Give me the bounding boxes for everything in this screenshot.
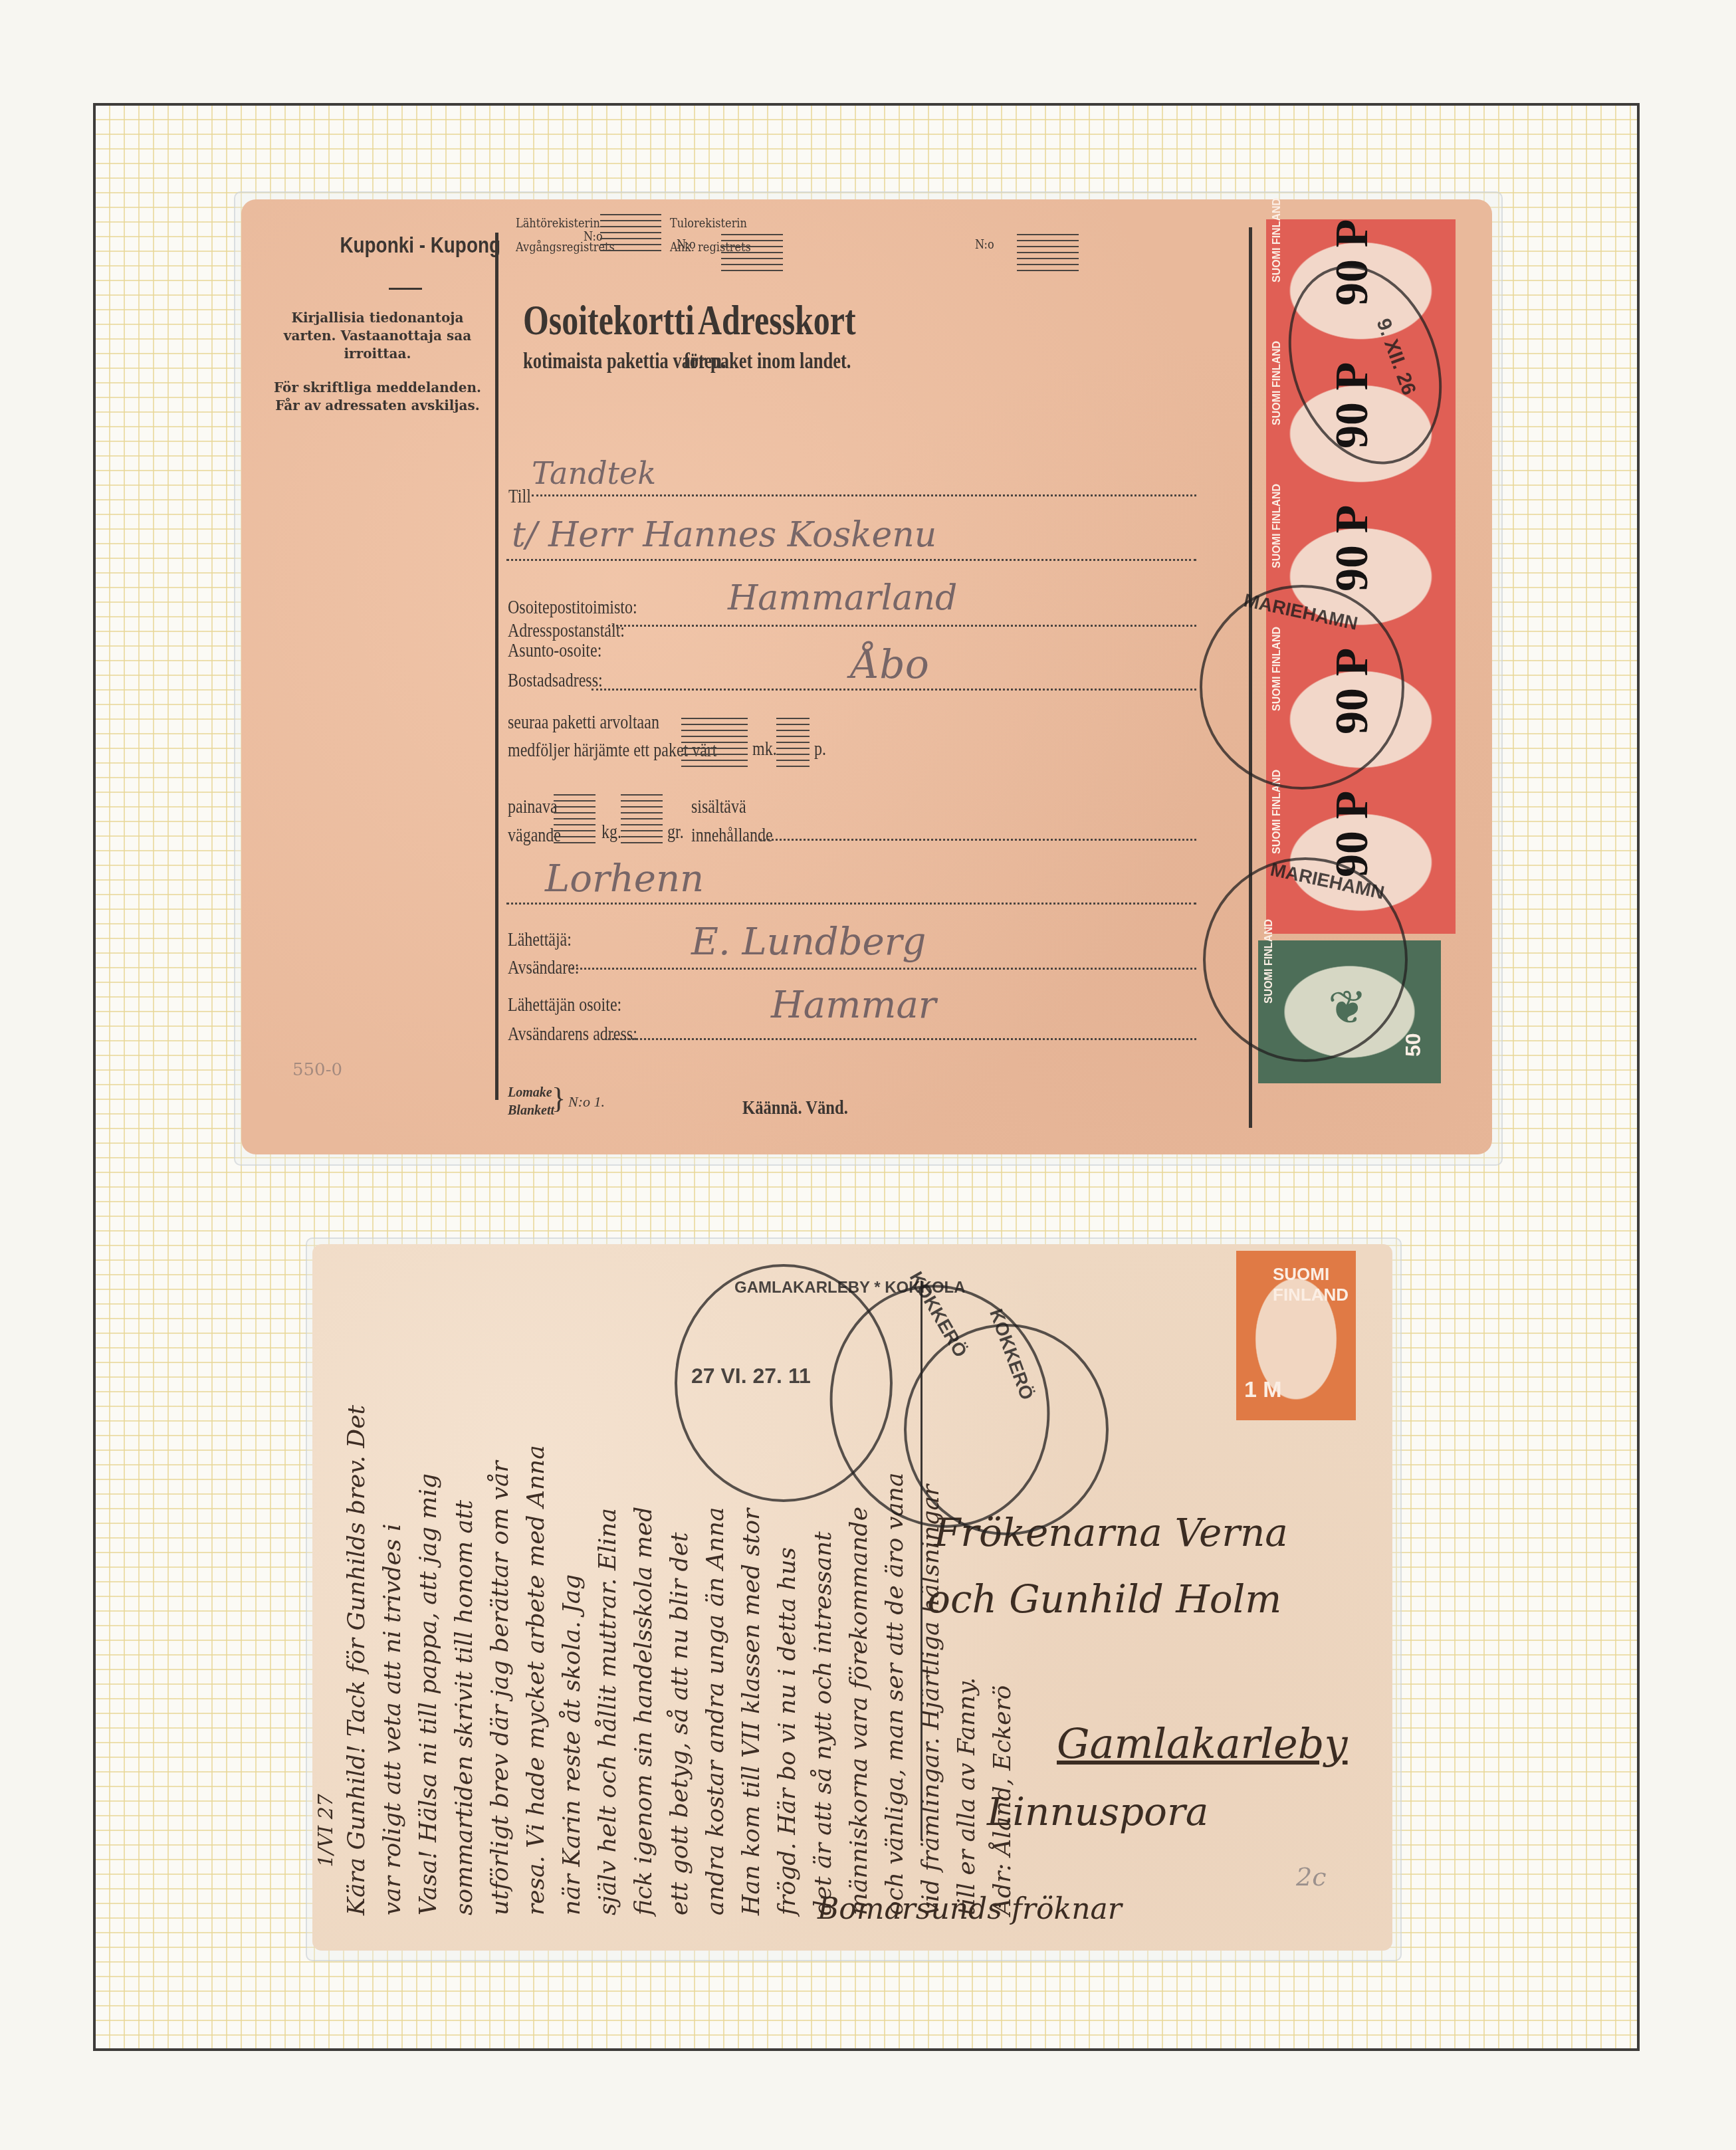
coupon-text-fi: Kirjallisia tiedonantoja varten. Vastaan… — [268, 309, 487, 363]
home-address-line[interactable] — [592, 689, 1196, 691]
form-number: N:o 1. — [568, 1093, 605, 1111]
stamp-1m-orange: SUOMI FINLAND 1 M — [1236, 1251, 1356, 1420]
letter-line: fick igenom sin handelsskola med — [626, 1277, 662, 1915]
address-line-2: och Gunhild Holm — [927, 1576, 1281, 1622]
p-label: p. — [814, 736, 826, 762]
address-line-3: Gamlakarleby — [1057, 1719, 1347, 1768]
postmark-gamlakarleby-date: 27 VI. 27. 11 — [691, 1364, 811, 1388]
stamp-country-text: SUOMI FINLAND — [1271, 198, 1283, 282]
weight-gr-field[interactable] — [621, 794, 663, 844]
postcard-footer-line: Bomarsunds fröknar — [817, 1892, 1122, 1926]
stamp-country-text: SUOMI FINLAND — [1271, 484, 1283, 568]
home-address-label-fi: Asunto-osoite: — [508, 638, 601, 663]
subtitle-sv: för paket inom landet. — [684, 349, 851, 374]
album-note: 2c — [1296, 1862, 1326, 1891]
handwritten-dest-office: Hammarland — [728, 578, 957, 618]
value-mk-field[interactable] — [681, 718, 748, 768]
departure-number-label: N:o — [677, 233, 696, 257]
title-fi: Osoitekortti — [523, 296, 695, 345]
departure-number-box — [600, 214, 661, 253]
handwritten-home-address: Åbo — [851, 641, 929, 688]
surcharge-overprint: 90 P — [1329, 505, 1376, 591]
home-address-label-sv: Bostadsadress: — [508, 668, 603, 693]
turn-over-text: Käännä. Vänd. — [742, 1097, 848, 1119]
form-brace-icon: } — [552, 1081, 566, 1115]
arrival-number-label: N:o — [975, 233, 994, 257]
weight-label-sv: vägande — [508, 823, 561, 848]
letter-line: var roligt att veta att ni trivdes i — [375, 1277, 411, 1915]
form-label-sv: Blankett — [508, 1103, 554, 1119]
handwritten-sender-address: Hammar — [771, 984, 936, 1027]
handwritten-till-1: Tandtek — [532, 455, 656, 491]
weight-kg-field[interactable] — [554, 794, 596, 844]
weight-label-fi: painava — [508, 794, 558, 819]
postcard[interactable]: Kära Gunhild! Tack för Gunhilds brev. De… — [312, 1244, 1392, 1951]
letter-line: Kära Gunhild! Tack för Gunhilds brev. De… — [339, 1277, 375, 1915]
dest-office-label-fi: Osoitepostitoimisto: — [508, 595, 637, 620]
arrival-register-fi: Tulorekisterin — [670, 211, 747, 235]
dest-office-line[interactable] — [608, 625, 1196, 627]
coupon-title: Kuponki - Kupong — [326, 233, 500, 259]
stamp-value-text: 1 M — [1244, 1377, 1282, 1403]
handwritten-sender: E. Lundberg — [691, 920, 926, 964]
stamp-country-text: SUOMI FINLAND — [1271, 341, 1283, 425]
value-p-field[interactable] — [776, 718, 810, 768]
handwritten-scrawl: Lorhenn — [545, 857, 704, 901]
arrival-number-field[interactable] — [1017, 234, 1079, 272]
value-label-fi: seuraa paketti arvoltaan — [508, 710, 659, 735]
postcard-letter-date: 1/VI 27 — [314, 1794, 338, 1867]
sender-line[interactable] — [572, 968, 1196, 970]
mk-label: mk. — [752, 736, 777, 762]
handwritten-till-2: t/ Herr Hannes Koskenu — [512, 515, 936, 555]
stamp-value-text: 50 — [1401, 1033, 1426, 1057]
pencil-note: 550-0 — [292, 1060, 342, 1080]
contents-label-sv: innehållande — [691, 823, 773, 848]
till-line-2[interactable] — [506, 559, 1196, 561]
letter-line: när Karin reste åt skola. Jag — [554, 1277, 590, 1915]
contents-label-fi: sisältävä — [691, 794, 746, 819]
till-label: Till — [508, 484, 531, 509]
kg-label: kg. — [601, 819, 621, 845]
sender-address-label-fi: Lähettäjän osoite: — [508, 992, 621, 1018]
contents-line-2[interactable] — [506, 903, 1196, 905]
title-sv: Adresskort — [698, 296, 856, 345]
gr-label: gr. — [667, 819, 684, 845]
stamp-country-text: SUOMI FINLAND — [1273, 1264, 1356, 1305]
contents-line[interactable] — [760, 839, 1196, 841]
sender-address-label-sv: Avsändarens adress: — [508, 1021, 637, 1047]
sender-label-fi: Lähettäjä: — [508, 927, 572, 952]
coupon-text-sv: För skriftliga meddelanden. Får av adres… — [268, 379, 487, 415]
letter-line: utförligt brev där jag berättar om vår — [483, 1277, 518, 1915]
letter-line: sommartiden skrivit till honom att — [447, 1277, 483, 1915]
till-line-1[interactable] — [532, 494, 1196, 496]
departure-number-field[interactable] — [721, 234, 783, 272]
letter-line: själv helt och hållit muttrar. Elina — [590, 1277, 626, 1915]
letter-line: resa. Vi hade mycket arbete med Anna — [518, 1277, 554, 1915]
sender-label-sv: Avsändare: — [508, 955, 580, 980]
address-line-4: Linnuspora — [987, 1789, 1208, 1834]
coupon-separator-line — [495, 233, 498, 1100]
letter-line: Vasa! Hälsa ni till pappa, att jag mig — [411, 1277, 447, 1915]
form-label-fi: Lomake — [508, 1085, 552, 1101]
coupon-divider — [389, 288, 422, 290]
sender-address-line[interactable] — [605, 1038, 1196, 1040]
